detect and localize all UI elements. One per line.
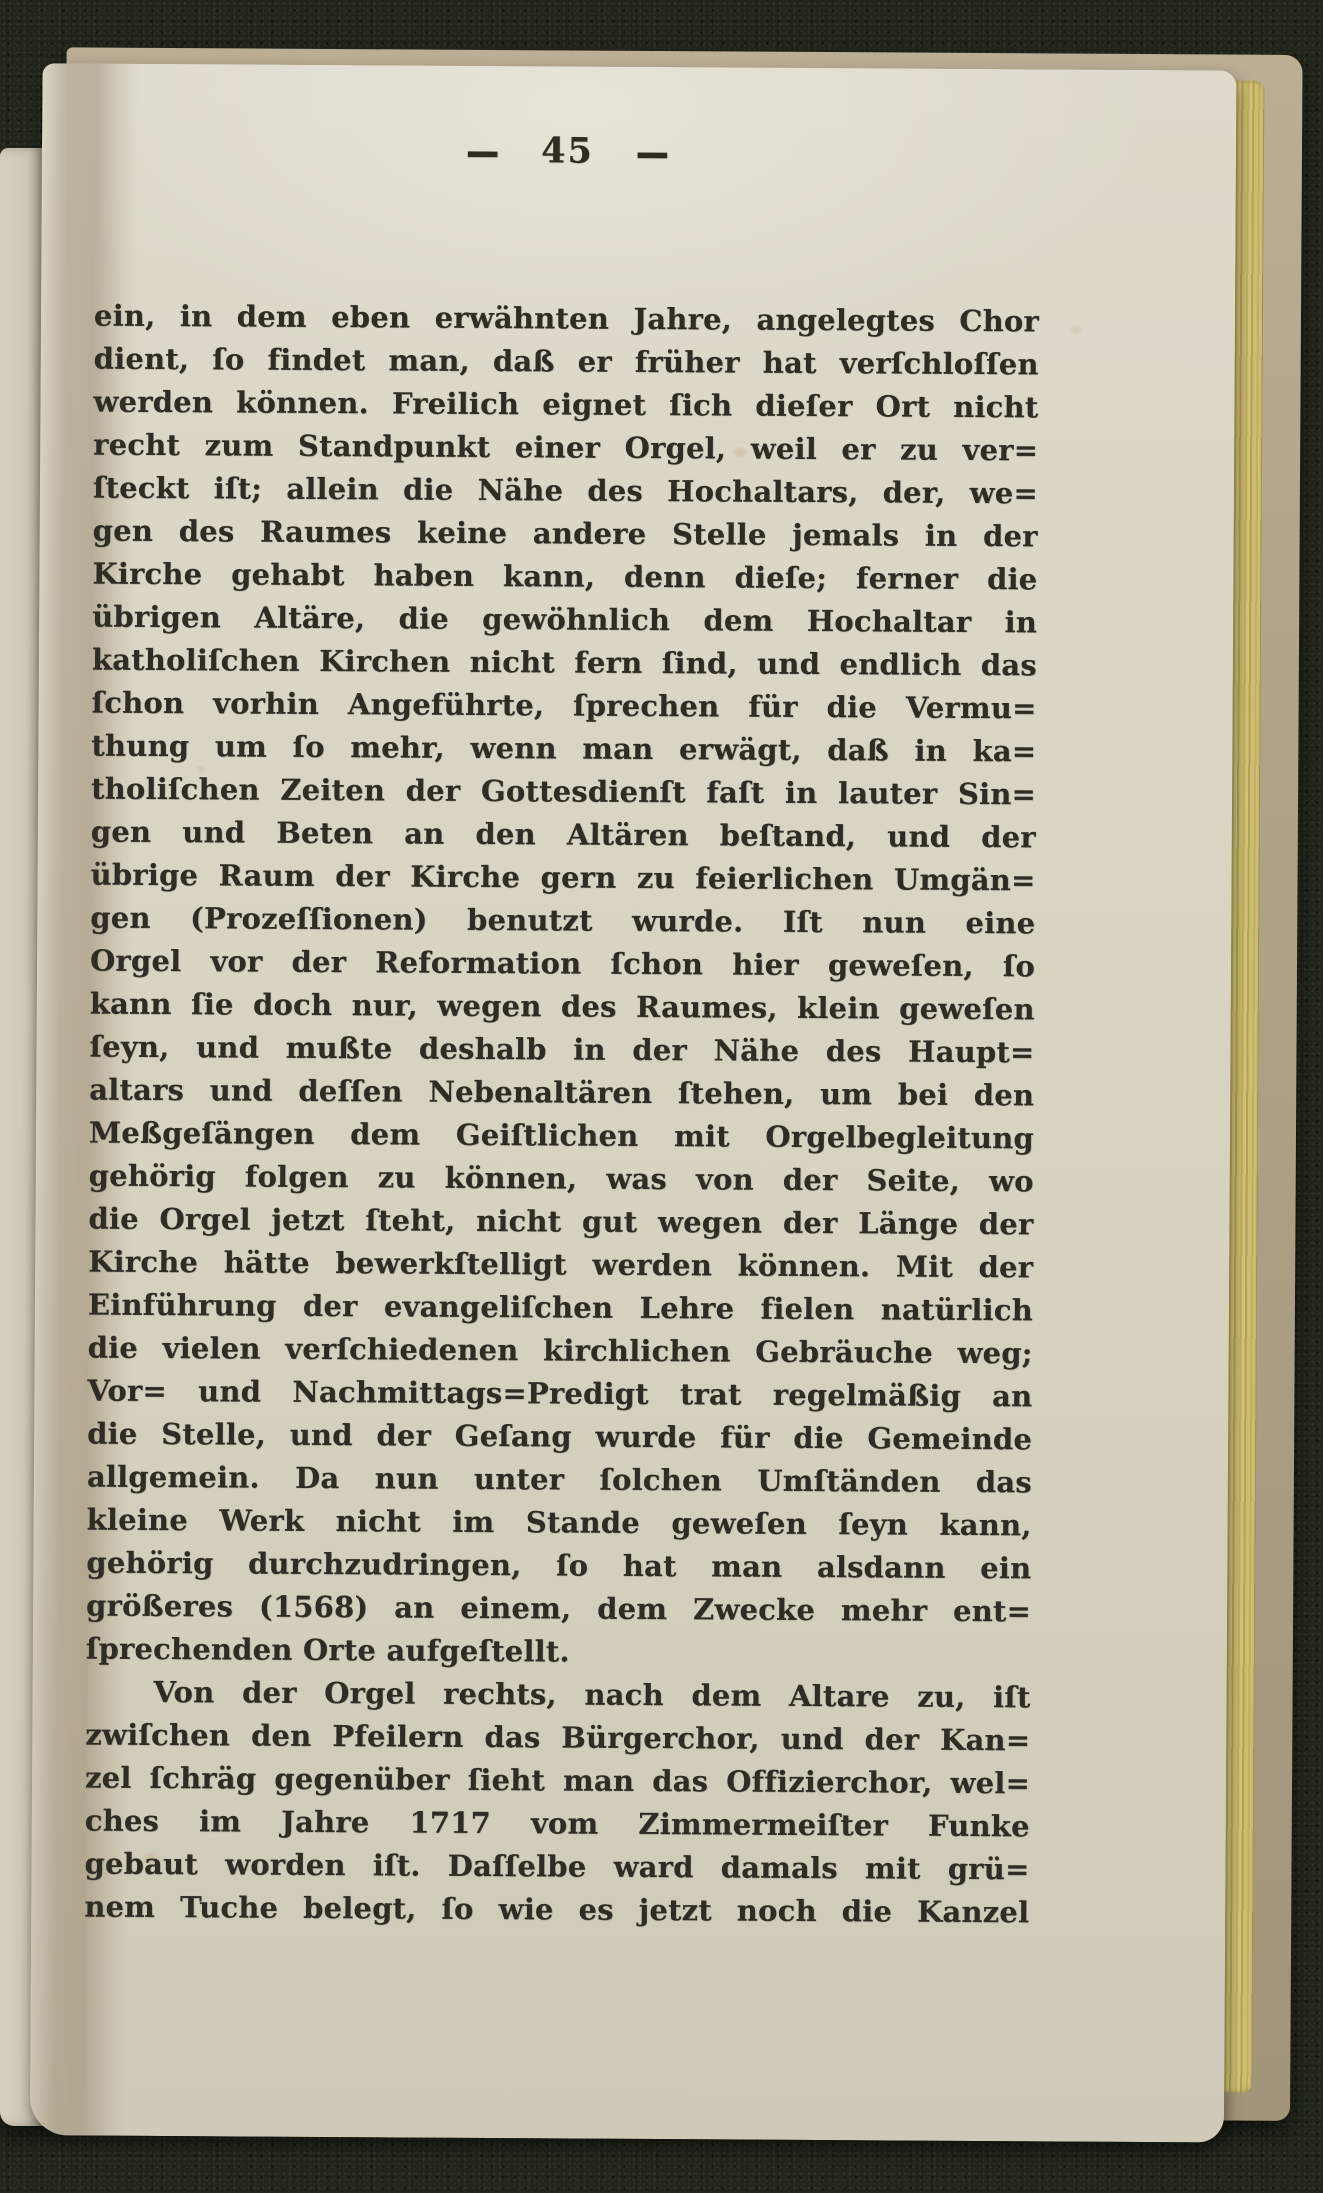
page-number: 45 (541, 130, 594, 171)
text-line: gehörig durchzudringen, ſo hat man alsda… (86, 1542, 1031, 1591)
text-line: zel ſchräg gegenüber ſieht man das Offiz… (85, 1757, 1030, 1806)
running-head: — 45 — (95, 128, 1040, 175)
text-line: kann ſie doch nur, wegen des Raumes, kle… (90, 983, 1035, 1032)
text-line: gen des Raumes keine andere Stelle jemal… (93, 510, 1038, 559)
text-line: ſeyn, und mußte deshalb in der Nähe des … (89, 1026, 1034, 1075)
text-line: kleine Werk nicht im Stande geweſen ſeyn… (86, 1499, 1031, 1548)
text-line: Von der Orgel rechts, nach dem Altare zu… (85, 1671, 1030, 1720)
text-line: größeres (1568) an einem, dem Zwecke meh… (86, 1585, 1031, 1634)
text-line: Kirche gehabt haben kann, denn dieſe; fe… (92, 553, 1037, 602)
text-line: Vor= und Nachmittags=Predigt trat regelm… (87, 1370, 1032, 1419)
text-line: die vielen verſchiedenen kirchlichen Geb… (88, 1327, 1033, 1376)
text-line: recht zum Standpunkt einer Orgel, weil e… (93, 424, 1038, 473)
text-line: katholiſchen Kirchen nicht fern ſind, un… (92, 639, 1037, 688)
header-dash-right: — (636, 124, 669, 179)
header-dash-left: — (466, 123, 499, 178)
text-line: Kirche hätte bewerkſtelligt werden könne… (88, 1241, 1033, 1290)
text-line: die Orgel jetzt ſteht, nicht gut wegen d… (88, 1198, 1033, 1247)
text-line: werden können. Freilich eignet ſich dieſ… (93, 381, 1038, 430)
text-line: gen und Beten an den Altären beſtand, un… (91, 811, 1036, 860)
text-line: Einführung der evangeliſchen Lehre fiele… (88, 1284, 1033, 1333)
text-line: übrige Raum der Kirche gern zu feierlich… (90, 854, 1035, 903)
text-block: ein, in dem eben erwähnten Jahre, angele… (84, 295, 1039, 1935)
text-line: ein, in dem eben erwähnten Jahre, angele… (94, 295, 1039, 344)
text-line: gehörig folgen zu können, was von der Se… (89, 1155, 1034, 1204)
text-line: ches im Jahre 1717 vom Zimmermeiſter Fun… (85, 1800, 1030, 1849)
text-line: übrigen Altäre, die gewöhnlich dem Hocha… (92, 596, 1037, 645)
page-content: — 45 — ein, in dem eben erwähnten Jahre,… (96, 64, 1041, 70)
text-line: Meßgeſängen dem Geiſtlichen mit Orgelbeg… (89, 1112, 1034, 1161)
text-line: dient, ſo findet man, daß er früher hat … (94, 338, 1039, 387)
text-line: gebaut worden iſt. Daſſelbe ward damals … (84, 1843, 1029, 1892)
book-block: — 45 — ein, in dem eben erwähnten Jahre,… (54, 47, 1303, 2121)
text-line: altars und deſſen Nebenaltären ſtehen, u… (89, 1069, 1034, 1118)
text-line: die Stelle, und der Geſang wurde für die… (87, 1413, 1032, 1462)
text-line: tholiſchen Zeiten der Gottesdienſt faſt … (91, 768, 1036, 817)
book-page: — 45 — ein, in dem eben erwähnten Jahre,… (30, 63, 1237, 2142)
text-line: Orgel vor der Reformation ſchon hier gew… (90, 940, 1035, 989)
text-line: gen (Prozeſſionen) benutzt wurde. Iſt nu… (90, 897, 1035, 946)
book-scan-photo: — 45 — ein, in dem eben erwähnten Jahre,… (0, 0, 1323, 2193)
text-line: ſteckt iſt; allein die Nähe des Hochalta… (93, 467, 1038, 516)
text-line: ſchon vorhin Angeführte, ſprechen für di… (91, 682, 1036, 731)
text-line: ſprechenden Orte aufgeſtellt. (86, 1628, 1031, 1677)
text-line: nem Tuche belegt, ſo wie es jetzt noch d… (84, 1886, 1029, 1935)
text-line: thung um ſo mehr, wenn man erwägt, daß i… (91, 725, 1036, 774)
text-line: allgemein. Da nun unter ſolchen Umſtände… (87, 1456, 1032, 1505)
text-line: zwiſchen den Pfeilern das Bürgerchor, un… (85, 1714, 1030, 1763)
